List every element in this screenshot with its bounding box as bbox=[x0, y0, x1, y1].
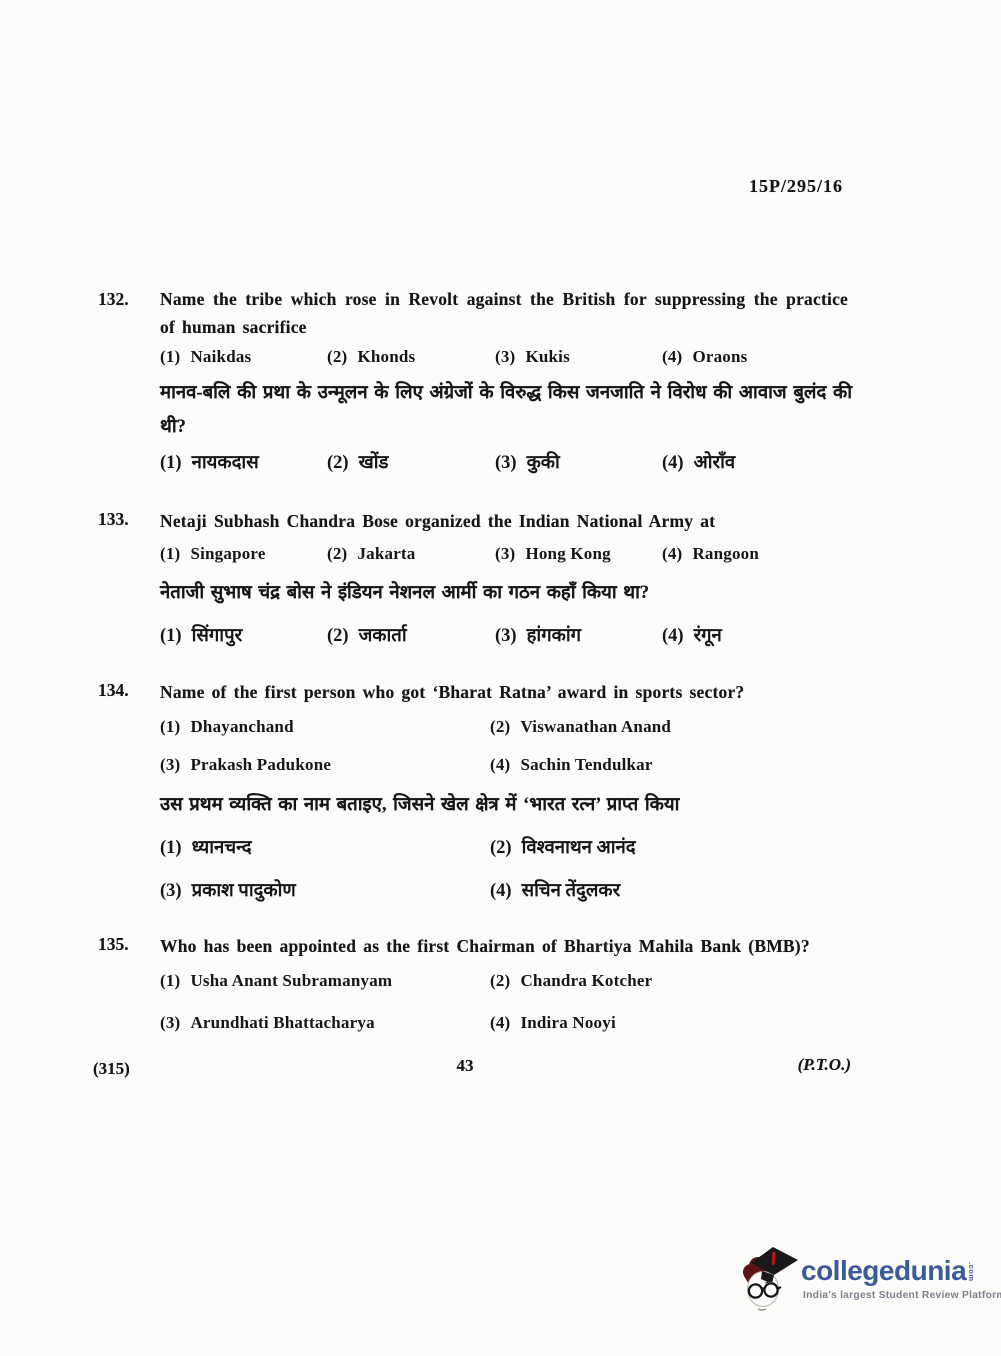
option-133-3-hi: (3)हांगकांग bbox=[495, 622, 581, 647]
question-text-hi-134: उस प्रथम व्यक्ति का नाम बताइए, जिसने खेल… bbox=[160, 788, 880, 822]
option-133-1-hi: (1)सिंगापुर bbox=[160, 622, 242, 647]
option-132-4-en: (4)Oraons bbox=[662, 347, 747, 367]
option-133-4-en: (4)Rangoon bbox=[662, 544, 759, 564]
option-134-1-hi: (1)ध्यानचन्द bbox=[160, 834, 252, 859]
question-text-en-132: Name the tribe which rose in Revolt agai… bbox=[160, 285, 848, 341]
option-133-2-hi: (2)जकार्ता bbox=[327, 622, 407, 647]
q134-options-hi-row2: (3)प्रकाश पादुकोण (4)सचिन तेंदुलकर bbox=[160, 877, 880, 903]
option-132-1-en: (1)Naikdas bbox=[160, 347, 251, 367]
q132-options-en: (1)Naikdas (2)Khonds (3)Kukis (4)Oraons bbox=[160, 347, 880, 373]
option-132-2-hi: (2)खोंड bbox=[327, 449, 388, 474]
question-number-134: 134. bbox=[98, 680, 129, 701]
q134-options-en-row1: (1)Dhayanchand (2)Viswanathan Anand bbox=[160, 717, 880, 743]
q135-options-row2: (3)Arundhati Bhattacharya (4)Indira Nooy… bbox=[160, 1013, 880, 1039]
option-134-4-en: (4)Sachin Tendulkar bbox=[490, 755, 653, 775]
collegedunia-tagline: India's largest Student Review Platform bbox=[803, 1290, 1001, 1301]
pto-label: (P.T.O.) bbox=[798, 1055, 851, 1075]
question-text-en-135: Who has been appointed as the first Chai… bbox=[160, 932, 880, 960]
option-134-1-en: (1)Dhayanchand bbox=[160, 717, 294, 737]
question-text-hi-133: नेताजी सुभाष चंद्र बोस ने इंडियन नेशनल आ… bbox=[160, 576, 880, 610]
question-text-en-133: Netaji Subhash Chandra Bose organized th… bbox=[160, 507, 880, 535]
option-134-4-hi: (4)सचिन तेंदुलकर bbox=[490, 877, 620, 902]
q135-options-row1: (1)Usha Anant Subramanyam (2)Chandra Kot… bbox=[160, 971, 880, 997]
paper-code: 15P/295/16 bbox=[749, 176, 843, 197]
question-text-hi-132: मानव-बलि की प्रथा के उन्मूलन के लिए अंग्… bbox=[160, 376, 852, 444]
option-132-3-en: (3)Kukis bbox=[495, 347, 570, 367]
collegedunia-wordmark: collegedunia bbox=[801, 1256, 966, 1286]
option-134-3-en: (3)Prakash Padukone bbox=[160, 755, 331, 775]
option-133-4-hi: (4)रंगून bbox=[662, 622, 722, 647]
option-133-1-en: (1)Singapore bbox=[160, 544, 266, 564]
question-number-133: 133. bbox=[98, 509, 129, 530]
question-number-132: 132. bbox=[98, 289, 129, 310]
q133-options-en: (1)Singapore (2)Jakarta (3)Hong Kong (4)… bbox=[160, 544, 880, 570]
option-135-2: (2)Chandra Kotcher bbox=[490, 971, 652, 991]
option-132-1-hi: (1)नायकदास bbox=[160, 449, 259, 474]
collegedunia-mascot-icon bbox=[738, 1242, 800, 1318]
option-132-3-hi: (3)कुकी bbox=[495, 449, 560, 474]
q133-options-hi: (1)सिंगापुर (2)जकार्ता (3)हांगकांग (4)रं… bbox=[160, 622, 880, 648]
option-132-4-hi: (4)ओराँव bbox=[662, 449, 735, 474]
q134-options-en-row2: (3)Prakash Padukone (4)Sachin Tendulkar bbox=[160, 755, 880, 781]
exam-paper-page: 15P/295/16 132. Name the tribe which ros… bbox=[0, 0, 1001, 1356]
option-135-4: (4)Indira Nooyi bbox=[490, 1013, 616, 1033]
option-133-3-en: (3)Hong Kong bbox=[495, 544, 611, 564]
collegedunia-tld: .com bbox=[967, 1262, 976, 1282]
q134-options-hi-row1: (1)ध्यानचन्द (2)विश्वनाथन आनंद bbox=[160, 834, 880, 860]
collegedunia-logo: collegedunia .com India's largest Studen… bbox=[738, 1242, 968, 1320]
q132-options-hi: (1)नायकदास (2)खोंड (3)कुकी (4)ओराँव bbox=[160, 449, 880, 475]
option-134-3-hi: (3)प्रकाश पादुकोण bbox=[160, 877, 296, 902]
option-132-2-en: (2)Khonds bbox=[327, 347, 415, 367]
option-134-2-en: (2)Viswanathan Anand bbox=[490, 717, 671, 737]
option-135-3: (3)Arundhati Bhattacharya bbox=[160, 1013, 375, 1033]
question-number-135: 135. bbox=[98, 934, 129, 955]
option-133-2-en: (2)Jakarta bbox=[327, 544, 416, 564]
option-135-1: (1)Usha Anant Subramanyam bbox=[160, 971, 392, 991]
option-134-2-hi: (2)विश्वनाथन आनंद bbox=[490, 834, 636, 859]
page-number: 43 bbox=[435, 1056, 495, 1076]
booklet-code: (315) bbox=[93, 1059, 130, 1079]
question-text-en-134: Name of the first person who got ‘Bharat… bbox=[160, 678, 880, 706]
